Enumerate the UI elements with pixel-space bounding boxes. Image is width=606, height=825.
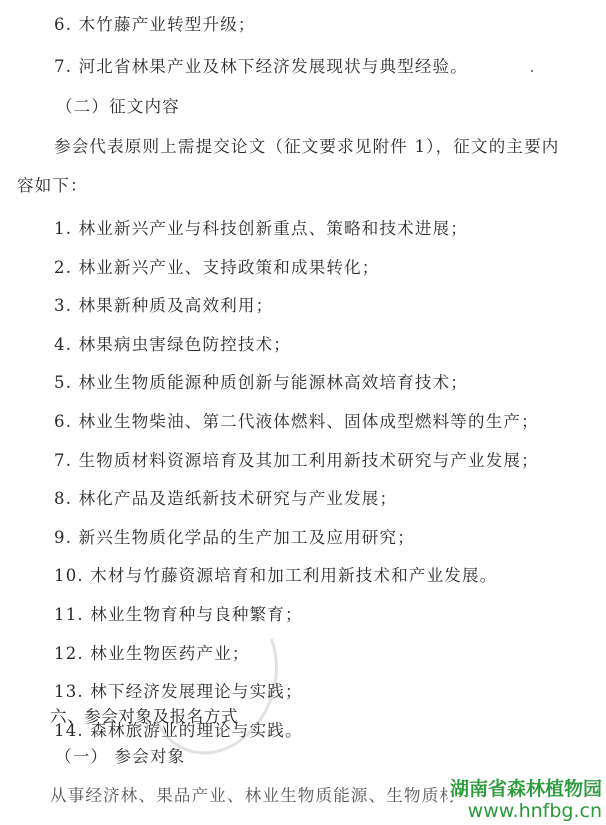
item-text: 林化产品及造纸新技术研究与产业发展； <box>79 489 398 508</box>
list-item: 4. 林果病虫害绿色防控技术； <box>54 335 291 355</box>
item-number: 10. <box>54 566 84 585</box>
item-number: 3. <box>54 296 72 315</box>
body-text: 从事经济林、果品产业、林业生物质能源、生物质材 <box>50 786 457 806</box>
item-text: 林业新兴产业、支持政策和成果转化； <box>79 258 380 277</box>
list-item: 2. 林业新兴产业、支持政策和成果转化； <box>54 258 380 278</box>
item-text: 生物质材料资源培育及其加工利用新技术研究与产业发展； <box>79 451 539 470</box>
list-item: 9. 新兴生物质化学品的生产加工及应用研究； <box>54 528 415 548</box>
item-number: 8. <box>54 489 72 508</box>
list-item: 7. 河北省林果产业及林下经济发展现状与典型经验。 <box>54 57 468 77</box>
item-number: 5. <box>54 373 72 392</box>
item-number: 1. <box>54 219 72 238</box>
watermark-url: www.hnfbg.cn <box>448 800 602 822</box>
item-number: 11. <box>54 605 84 624</box>
intro-paragraph-cont: 容如下： <box>17 176 88 196</box>
item-text: 林业生物医药产业； <box>90 644 249 663</box>
item-text: 林业生物育种与良种繁育； <box>90 605 302 624</box>
item-text: 新兴生物质化学品的生产加工及应用研究； <box>79 528 415 547</box>
subsection-heading: （二）征文内容 <box>56 97 180 117</box>
item-text: 林业新兴产业与科技创新重点、策略和技术进展； <box>79 219 468 238</box>
list-item: 12. 林业生物医药产业； <box>54 644 250 664</box>
section-heading: 六、参会对象及报名方式 <box>50 707 238 727</box>
item-text: 林果新种质及高效利用； <box>79 296 274 315</box>
list-item: 6. 林业生物柴油、第二代液体燃料、固体成型燃料等的生产； <box>54 412 539 432</box>
item-number: 12. <box>54 644 84 663</box>
list-item: 8. 林化产品及造纸新技术研究与产业发展； <box>54 489 397 509</box>
item-number: 4. <box>54 335 72 354</box>
item-number: 7. <box>54 451 72 470</box>
item-text: 林业生物质能源种质创新与能源林高效培育技术； <box>79 373 468 392</box>
list-item: 5. 林业生物质能源种质创新与能源林高效培育技术； <box>54 373 468 393</box>
list-item: 11. 林业生物育种与良种繁育； <box>54 605 303 625</box>
list-item: 3. 林果新种质及高效利用； <box>54 296 273 316</box>
intro-paragraph: 参会代表原则上需提交论文（征文要求见附件 1），征文的主要内 <box>54 137 560 157</box>
item-number: 13. <box>54 682 84 701</box>
list-item: 13. 林下经济发展理论与实践； <box>54 682 303 702</box>
speck <box>531 70 533 72</box>
subsection-heading: （一） 参会对象 <box>55 747 185 767</box>
list-item: 10. 木材与竹藤资源培育和加工利用新技术和产业发展。 <box>54 566 497 586</box>
list-item: 1. 林业新兴产业与科技创新重点、策略和技术进展； <box>54 219 468 239</box>
site-watermark: 湖南省森林植物园 www.hnfbg.cn <box>448 778 602 822</box>
item-text: 林业生物柴油、第二代液体燃料、固体成型燃料等的生产； <box>79 412 539 431</box>
item-text: 林果病虫害绿色防控技术； <box>79 335 291 354</box>
watermark-title: 湖南省森林植物园 <box>448 778 602 800</box>
list-item: 6. 木竹藤产业转型升级； <box>54 15 256 35</box>
item-text: 木材与竹藤资源培育和加工利用新技术和产业发展。 <box>90 566 497 585</box>
item-number: 9. <box>54 528 72 547</box>
item-text: 林下经济发展理论与实践； <box>90 682 302 701</box>
list-item: 7. 生物质材料资源培育及其加工利用新技术研究与产业发展； <box>54 451 539 471</box>
item-number: 2. <box>54 258 72 277</box>
item-number: 6. <box>54 412 72 431</box>
